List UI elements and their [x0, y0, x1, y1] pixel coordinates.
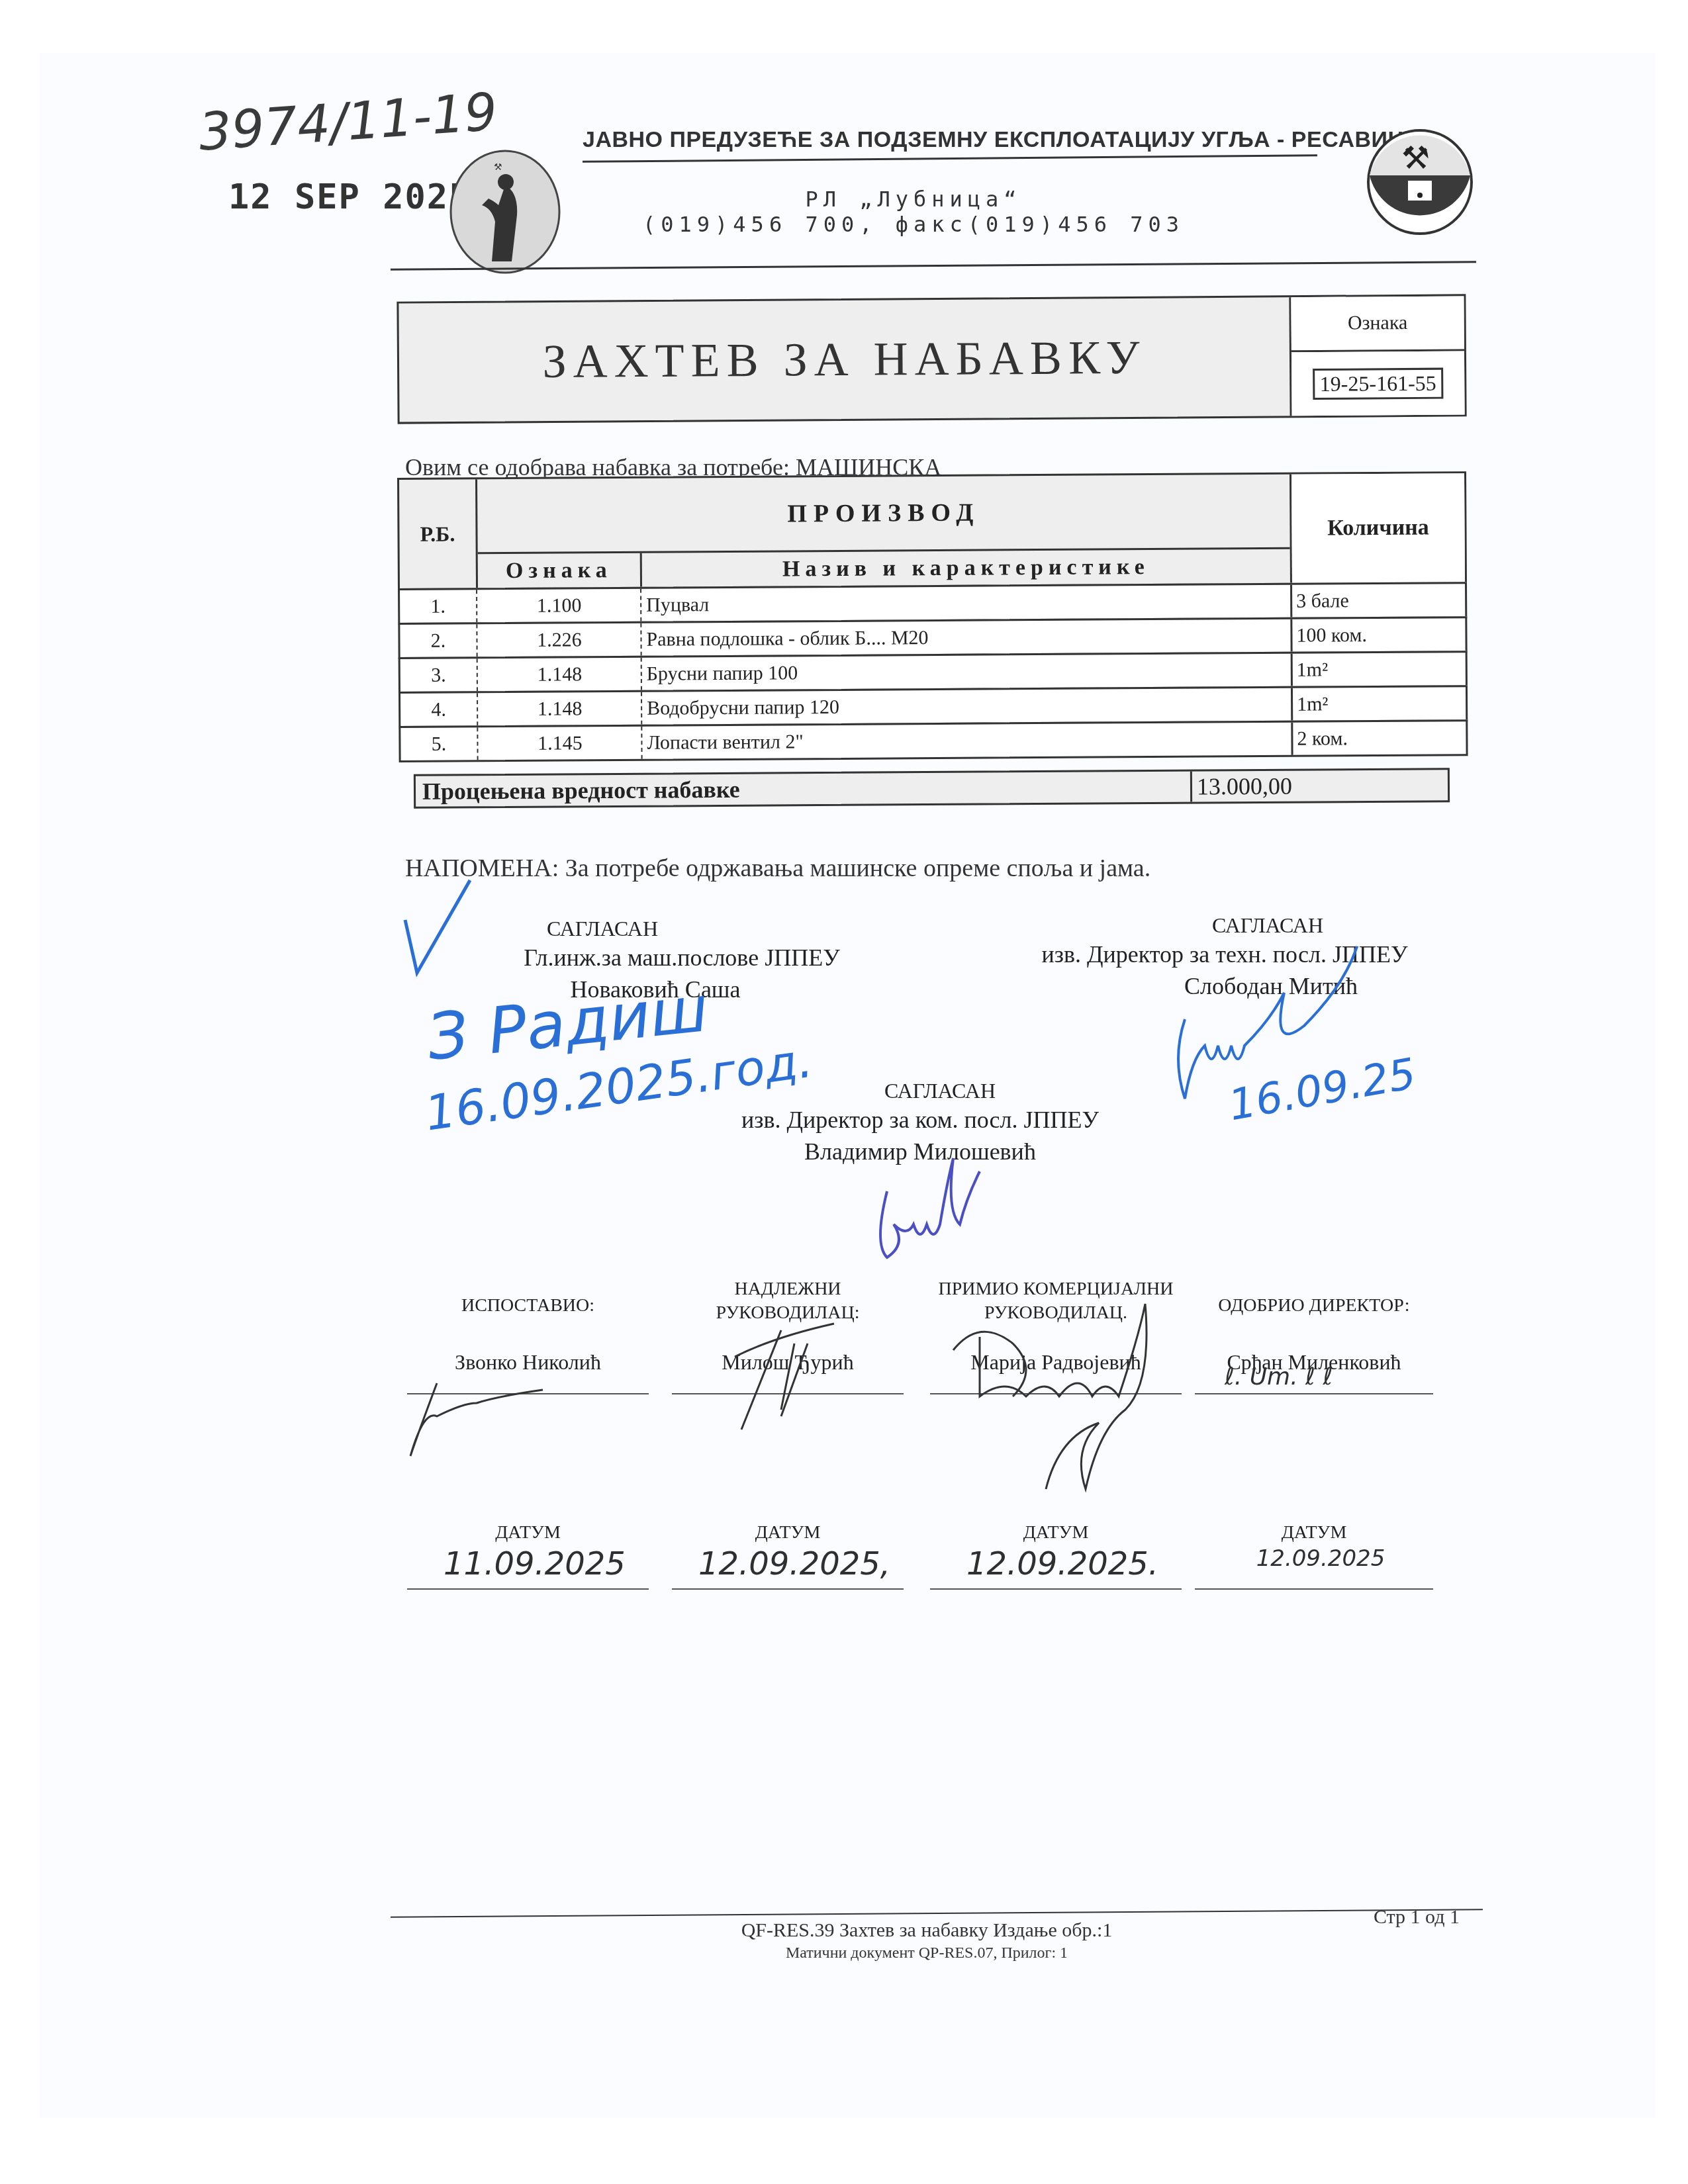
- row-number: 2.: [400, 624, 476, 657]
- item-code: 1.148: [479, 658, 641, 691]
- approval-2-status: САГЛАСАН: [1079, 913, 1456, 938]
- contact-phone-fax: (019)456 700, факс(019)456 703: [583, 212, 1244, 237]
- unit-name: РЛ „Лубница“: [583, 187, 1244, 212]
- item-name: Брусни папир 100: [647, 654, 1295, 690]
- date-label: ДАТУМ: [672, 1522, 904, 1543]
- note: НАПОМЕНА: За потребе одржавања машинске …: [405, 854, 1150, 883]
- date-label: ДАТУМ: [930, 1522, 1182, 1543]
- document-title: ЗАХТЕВ ЗА НАБАВКУ: [399, 297, 1289, 422]
- date-line: [672, 1588, 904, 1590]
- item-quantity: 1m²: [1297, 653, 1470, 686]
- item-name: Водобрусни папир 120: [647, 688, 1295, 725]
- signatory-block: ОДОБРИО ДИРЕКТОР: Срђан Миленковић ДАТУМ…: [1195, 1277, 1433, 1621]
- date-line: [930, 1588, 1182, 1590]
- director-signature: ℓ. Um. ℓ ℓ: [1225, 1363, 1333, 1390]
- item-code: 1.100: [478, 589, 640, 622]
- row-number: 5.: [400, 727, 477, 760]
- item-code: 1.226: [478, 623, 640, 657]
- svg-text:⚒: ⚒: [494, 162, 502, 173]
- date-label: ДАТУМ: [407, 1522, 649, 1543]
- signature-line: [1195, 1393, 1433, 1394]
- header-quantity: Количина: [1291, 473, 1465, 583]
- company-name: ЈАВНО ПРЕДУЗЕЋЕ ЗА ПОДЗЕМНУ ЕКСПЛОАТАЦИЈ…: [583, 127, 1421, 153]
- signatory-role: ОДОБРИО ДИРЕКТОР:: [1195, 1294, 1433, 1318]
- date-line: [1195, 1588, 1433, 1590]
- approval-3-signature: [867, 1171, 1039, 1271]
- table-row: 5.1.145Лопасти вентил 2"2 ком.: [399, 719, 1468, 762]
- row-number: 4.: [400, 693, 477, 726]
- item-name: Равна подлошка - облик Б.... М20: [646, 619, 1294, 656]
- date-label: ДАТУМ: [1195, 1522, 1433, 1543]
- manager-signature: [722, 1317, 894, 1436]
- checkmark-icon: [397, 880, 530, 986]
- approval-1-status: САГЛАСАН: [265, 917, 940, 941]
- header-product: ПРОИЗВОД: [477, 475, 1290, 552]
- estimated-value-label: Процењена вредност набавке: [422, 774, 740, 807]
- header-rb: Р.Б.: [399, 479, 476, 588]
- handwritten-date: 12.09.2025.: [937, 1545, 1188, 1582]
- mine-emblem-icon: ⚒: [1360, 122, 1479, 242]
- estimated-value-amount: 13.000,00: [1197, 771, 1292, 802]
- estimated-value-row: Процењена вредност набавке 13.000,00: [414, 768, 1450, 809]
- issuer-signature: [397, 1370, 649, 1469]
- row-number: 1.: [400, 590, 476, 623]
- approval-3-position: изв. Директор за ком. посл. ЈППЕУ: [688, 1106, 1152, 1134]
- received-date-stamp: 12 SEP 2025: [228, 177, 471, 217]
- item-quantity: 2 ком.: [1297, 721, 1470, 755]
- item-name: Пуцвал: [646, 585, 1294, 621]
- header-code: Ознака: [478, 553, 640, 588]
- item-quantity: 100 ком.: [1296, 618, 1469, 652]
- header-name: Назив и карактеристике: [642, 549, 1290, 587]
- handwritten-date: 11.09.2025: [414, 1545, 655, 1582]
- table-header: Р.Б. ПРОИЗВОД Ознака Назив и карактерист…: [397, 471, 1467, 590]
- item-quantity: 3 бале: [1296, 584, 1469, 617]
- footer-page-number: Стр 1 од 1: [1374, 1906, 1460, 1929]
- approval-3-name: Владимир Милошевић: [688, 1138, 1152, 1165]
- handwritten-date: 12.09.2025: [1201, 1545, 1440, 1572]
- svg-text:⚒: ⚒: [1401, 140, 1430, 177]
- item-name: Лопасти вентил 2": [647, 723, 1295, 759]
- footer-master-doc: Матични документ QP-RES.07, Прилог: 1: [662, 1944, 1192, 1962]
- commercial-manager-signature: [940, 1297, 1205, 1496]
- item-quantity: 1m²: [1297, 687, 1470, 721]
- approval-2-position: изв. Директор за техн. посл. ЈППЕУ: [993, 940, 1456, 968]
- handwritten-date: 12.09.2025,: [679, 1545, 910, 1582]
- row-number: 3.: [400, 659, 477, 692]
- signatory-role: ИСПОСТАВИО:: [407, 1294, 649, 1318]
- title-block: ЗАХТЕВ ЗА НАБАВКУ Ознака 19-25-161-55: [397, 294, 1466, 424]
- footer-doc-ref: QF-RES.39 Захтев за набавку Издање обр.:…: [662, 1919, 1192, 1942]
- item-code: 1.145: [479, 727, 641, 760]
- miner-logo-icon: ⚒: [442, 149, 568, 275]
- code-value: 19-25-161-55: [1313, 367, 1444, 399]
- date-line: [407, 1588, 649, 1590]
- code-label: Ознака: [1291, 296, 1464, 350]
- item-code: 1.148: [479, 692, 641, 725]
